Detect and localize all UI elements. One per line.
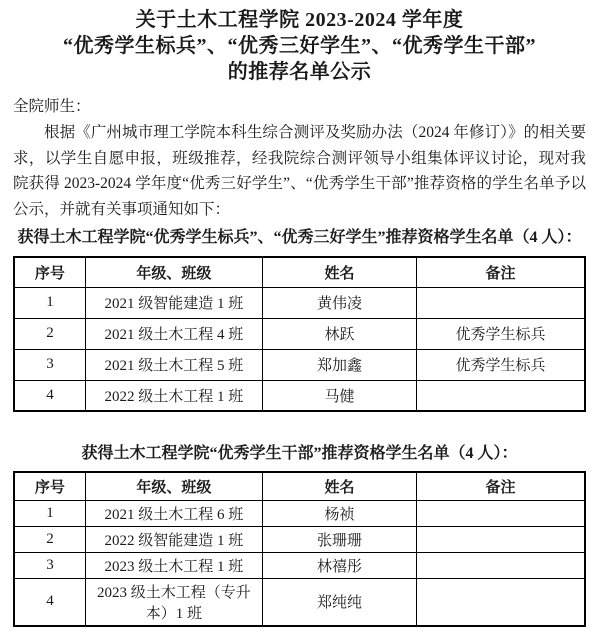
table-cell: 林禧彤 (262, 552, 416, 578)
table-row: 22021 级土木工程 4 班林跃优秀学生标兵 (14, 318, 585, 349)
table-cell: 2023 级土木工程 1 班 (85, 552, 262, 578)
table-cell (417, 500, 585, 526)
title-line-1: 关于土木工程学院 2023-2024 学年度 (13, 7, 586, 33)
awards-table-1: 序号 年级、班级 姓名 备注 12021 级智能建造 1 班黄伟凌22021 级… (13, 256, 586, 412)
table-cell: 1 (14, 287, 85, 318)
section-2-heading: 获得土木工程学院“优秀学生干部”推荐资格学生名单（4 人）： (13, 442, 586, 466)
table-cell: 2022 级智能建造 1 班 (85, 526, 262, 552)
salutation: 全院师生： (13, 94, 586, 120)
table-cell: 2021 级土木工程 4 班 (85, 318, 262, 349)
table-cell: 郑加鑫 (262, 349, 416, 380)
table-cell: 2021 级土木工程 5 班 (85, 349, 262, 380)
document-title: 关于土木工程学院 2023-2024 学年度 “优秀学生标兵”、“优秀三好学生”… (13, 7, 586, 85)
table-cell: 3 (14, 552, 85, 578)
table-cell: 4 (14, 380, 85, 411)
table-cell: 优秀学生标兵 (417, 349, 585, 380)
column-header-remark: 备注 (417, 472, 585, 500)
table-cell: 2022 级土木工程 1 班 (85, 380, 262, 411)
title-line-2: “优秀学生标兵”、“优秀三好学生”、“优秀学生干部” (13, 33, 586, 59)
table-row: 22022 级智能建造 1 班张珊珊 (14, 526, 585, 552)
table-cell (417, 287, 585, 318)
column-header-class: 年级、班级 (85, 472, 262, 500)
table-cell: 2023 级土木工程（专升本）1 班 (85, 578, 262, 626)
table-cell: 3 (14, 349, 85, 380)
column-header-index: 序号 (14, 472, 85, 500)
column-header-index: 序号 (14, 257, 85, 287)
table-cell: 2 (14, 318, 85, 349)
column-header-remark: 备注 (417, 257, 585, 287)
table-cell: 2021 级智能建造 1 班 (85, 287, 262, 318)
table-row: 12021 级土木工程 6 班杨祯 (14, 500, 585, 526)
table-cell: 马健 (262, 380, 416, 411)
table-cell (417, 380, 585, 411)
table-cell (417, 552, 585, 578)
table-cell: 林跃 (262, 318, 416, 349)
table-row: 32023 级土木工程 1 班林禧彤 (14, 552, 585, 578)
table-cell: 4 (14, 578, 85, 626)
table-cell: 2021 级土木工程 6 班 (85, 500, 262, 526)
table-cell: 1 (14, 500, 85, 526)
table-row: 42022 级土木工程 1 班马健 (14, 380, 585, 411)
table-cell (417, 526, 585, 552)
table-row: 12021 级智能建造 1 班黄伟凌 (14, 287, 585, 318)
column-header-class: 年级、班级 (85, 257, 262, 287)
table-cell: 杨祯 (262, 500, 416, 526)
table-row: 42023 级土木工程（专升本）1 班郑纯纯 (14, 578, 585, 626)
title-line-3: 的推荐名单公示 (13, 59, 586, 85)
table-cell: 优秀学生标兵 (417, 318, 585, 349)
section-1-heading: 获得土木工程学院“优秀学生标兵”、“优秀三好学生”推荐资格学生名单（4 人）： (13, 226, 586, 250)
table-cell: 2 (14, 526, 85, 552)
column-header-name: 姓名 (262, 257, 416, 287)
table-cell: 黄伟凌 (262, 287, 416, 318)
table-header-row: 序号 年级、班级 姓名 备注 (14, 472, 585, 500)
body-paragraph: 根据《广州城市理工学院本科生综合测评及奖励办法（2024 年修订）》的相关要求，… (13, 120, 586, 222)
awards-table-2: 序号 年级、班级 姓名 备注 12021 级土木工程 6 班杨祯22022 级智… (13, 471, 586, 627)
table-cell (417, 578, 585, 626)
table-cell: 郑纯纯 (262, 578, 416, 626)
table-header-row: 序号 年级、班级 姓名 备注 (14, 257, 585, 287)
table-row: 32021 级土木工程 5 班郑加鑫优秀学生标兵 (14, 349, 585, 380)
column-header-name: 姓名 (262, 472, 416, 500)
table-cell: 张珊珊 (262, 526, 416, 552)
